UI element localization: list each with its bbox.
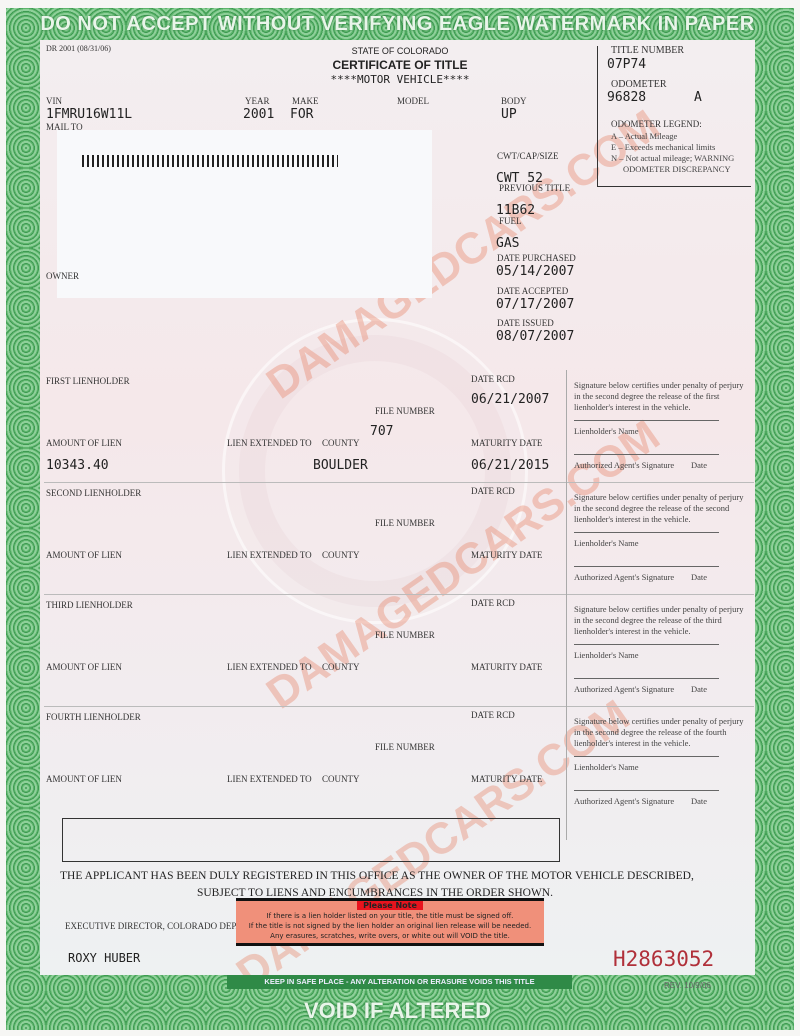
- previous-title-label: PREVIOUS TITLE: [499, 183, 570, 193]
- file-number-label: FILE NUMBER: [375, 406, 435, 416]
- year-value: 2001: [243, 107, 274, 122]
- agent-signature-label: Authorized Agent's Signature: [574, 572, 674, 583]
- vin-value: 1FMRU16W11L: [46, 107, 132, 122]
- signature-line: [574, 644, 719, 645]
- signature-line: [574, 566, 719, 567]
- body-value: UP: [501, 107, 517, 122]
- section-divider: [44, 482, 754, 483]
- lienholder-label: FIRST LIENHOLDER: [46, 376, 130, 386]
- make-label: MAKE: [292, 96, 319, 106]
- odometer-code: A: [694, 90, 702, 105]
- state-name: STATE OF COLORADO: [270, 46, 530, 56]
- fuel-label: FUEL: [499, 216, 522, 226]
- date-rcd-label: DATE RCD: [471, 710, 515, 720]
- county-label: COUNTY: [322, 662, 360, 672]
- cwt-label: CWT/CAP/SIZE: [497, 151, 559, 161]
- signature-line: [574, 756, 719, 757]
- fuel-value: GAS: [496, 236, 519, 251]
- amount-value: 10343.40: [46, 458, 109, 473]
- file-number-label: FILE NUMBER: [375, 518, 435, 528]
- file-number-label: FILE NUMBER: [375, 742, 435, 752]
- file-number-label: FILE NUMBER: [375, 630, 435, 640]
- body-label: BODY: [501, 96, 527, 106]
- serial-number: H2863052: [613, 947, 714, 971]
- odometer-legend-a: A – Actual Mileage: [611, 131, 677, 142]
- make-value: FOR: [290, 107, 313, 122]
- signature-line: [574, 532, 719, 533]
- keep-safe-bar: KEEP IN SAFE PLACE - ANY ALTERATION OR E…: [227, 975, 572, 989]
- title-number-label: TITLE NUMBER: [611, 45, 684, 56]
- bottom-banner: VOID IF ALTERED: [40, 996, 755, 1026]
- certificate-of-title: DO NOT ACCEPT WITHOUT VERIFYING EAGLE WA…: [0, 0, 800, 1036]
- document-title: CERTIFICATE OF TITLE: [270, 58, 530, 72]
- date-purchased-label: DATE PURCHASED: [497, 253, 576, 263]
- vin-label: VIN: [46, 96, 62, 106]
- agent-date-label: Date: [691, 572, 707, 583]
- signature-line: [574, 454, 719, 455]
- release-certification-text: Signature below certifies under penalty …: [574, 604, 744, 637]
- county-label: COUNTY: [322, 550, 360, 560]
- owner-label: OWNER: [46, 271, 79, 281]
- document-subtitle: ****MOTOR VEHICLE****: [270, 73, 530, 86]
- release-certification-text: Signature below certifies under penalty …: [574, 492, 744, 525]
- form-number: DR 2001 (08/31/06): [46, 44, 111, 53]
- odometer-legend-warning: ODOMETER DISCREPANCY: [623, 164, 731, 175]
- please-note-notice: Please Note If there is a lien holder li…: [236, 898, 544, 946]
- lienholder-name-label: Lienholder's Name: [574, 762, 639, 773]
- lienholder-name-label: Lienholder's Name: [574, 538, 639, 549]
- remarks-box: [62, 818, 560, 862]
- lienholder-label: THIRD LIENHOLDER: [46, 600, 133, 610]
- release-certification-text: Signature below certifies under penalty …: [574, 380, 744, 413]
- date-rcd-value: 06/21/2007: [471, 392, 549, 407]
- year-label: YEAR: [245, 96, 270, 106]
- section-divider: [44, 706, 754, 707]
- county-label: COUNTY: [322, 438, 360, 448]
- amount-label: AMOUNT OF LIEN: [46, 774, 122, 784]
- date-issued-value: 08/07/2007: [496, 329, 574, 344]
- agent-date-label: Date: [691, 796, 707, 807]
- lien-extended-label: LIEN EXTENDED TO: [227, 774, 312, 784]
- executive-director-name: ROXY HUBER: [68, 951, 140, 965]
- agent-signature-label: Authorized Agent's Signature: [574, 796, 674, 807]
- maturity-label: MATURITY DATE: [471, 550, 542, 560]
- signature-line: [574, 678, 719, 679]
- agent-date-label: Date: [691, 460, 707, 471]
- notice-line-2: If the title is not signed by the lien h…: [236, 921, 544, 931]
- lienholder-label: SECOND LIENHOLDER: [46, 488, 141, 498]
- registration-statement: THE APPLICANT HAS BEEN DULY REGISTERED I…: [60, 868, 760, 902]
- divider: [566, 370, 567, 840]
- statement-line-1: THE APPLICANT HAS BEEN DULY REGISTERED I…: [60, 868, 760, 885]
- date-purchased-value: 05/14/2007: [496, 264, 574, 279]
- lienholder-name-label: Lienholder's Name: [574, 650, 639, 661]
- file-number-value: 707: [370, 424, 393, 439]
- odometer-legend-n: N – Not actual mileage; WARNING: [611, 153, 734, 164]
- agent-date-label: Date: [691, 684, 707, 695]
- lien-extended-label: LIEN EXTENDED TO: [227, 662, 312, 672]
- lien-extended-label: LIEN EXTENDED TO: [227, 550, 312, 560]
- agent-signature-label: Authorized Agent's Signature: [574, 684, 674, 695]
- odometer-legend-e: E – Exceeds mechanical limits: [611, 142, 715, 153]
- date-rcd-label: DATE RCD: [471, 486, 515, 496]
- agent-signature-label: Authorized Agent's Signature: [574, 460, 674, 471]
- notice-line-3: Any erasures, scratches, write overs, or…: [236, 931, 544, 941]
- top-banner: DO NOT ACCEPT WITHOUT VERIFYING EAGLE WA…: [40, 10, 755, 38]
- postal-barcode: [82, 155, 338, 167]
- odometer-value: 96828: [607, 90, 646, 105]
- notice-line-1: If there is a lien holder listed on your…: [236, 911, 544, 921]
- date-issued-label: DATE ISSUED: [497, 318, 554, 328]
- release-certification-text: Signature below certifies under penalty …: [574, 716, 744, 749]
- date-rcd-label: DATE RCD: [471, 598, 515, 608]
- county-label: COUNTY: [322, 774, 360, 784]
- section-divider: [44, 594, 754, 595]
- amount-label: AMOUNT OF LIEN: [46, 550, 122, 560]
- revision-date: REV. 10/9/06: [664, 981, 711, 990]
- maturity-label: MATURITY DATE: [471, 774, 542, 784]
- signature-line: [574, 790, 719, 791]
- amount-label: AMOUNT OF LIEN: [46, 438, 122, 448]
- date-accepted-value: 07/17/2007: [496, 297, 574, 312]
- odometer-legend-title: ODOMETER LEGEND:: [611, 119, 702, 129]
- date-rcd-label: DATE RCD: [471, 374, 515, 384]
- model-label: MODEL: [397, 96, 429, 106]
- county-value: BOULDER: [313, 458, 368, 473]
- odometer-label: ODOMETER: [611, 79, 667, 90]
- maturity-value: 06/21/2015: [471, 458, 549, 473]
- lienholder-label: FOURTH LIENHOLDER: [46, 712, 141, 722]
- date-accepted-label: DATE ACCEPTED: [497, 286, 568, 296]
- amount-label: AMOUNT OF LIEN: [46, 662, 122, 672]
- notice-title: Please Note: [357, 901, 423, 910]
- signature-line: [574, 420, 719, 421]
- title-number-value: 07P74: [607, 57, 646, 72]
- lien-extended-label: LIEN EXTENDED TO: [227, 438, 312, 448]
- maturity-label: MATURITY DATE: [471, 662, 542, 672]
- lienholder-name-label: Lienholder's Name: [574, 426, 639, 437]
- maturity-label: MATURITY DATE: [471, 438, 542, 448]
